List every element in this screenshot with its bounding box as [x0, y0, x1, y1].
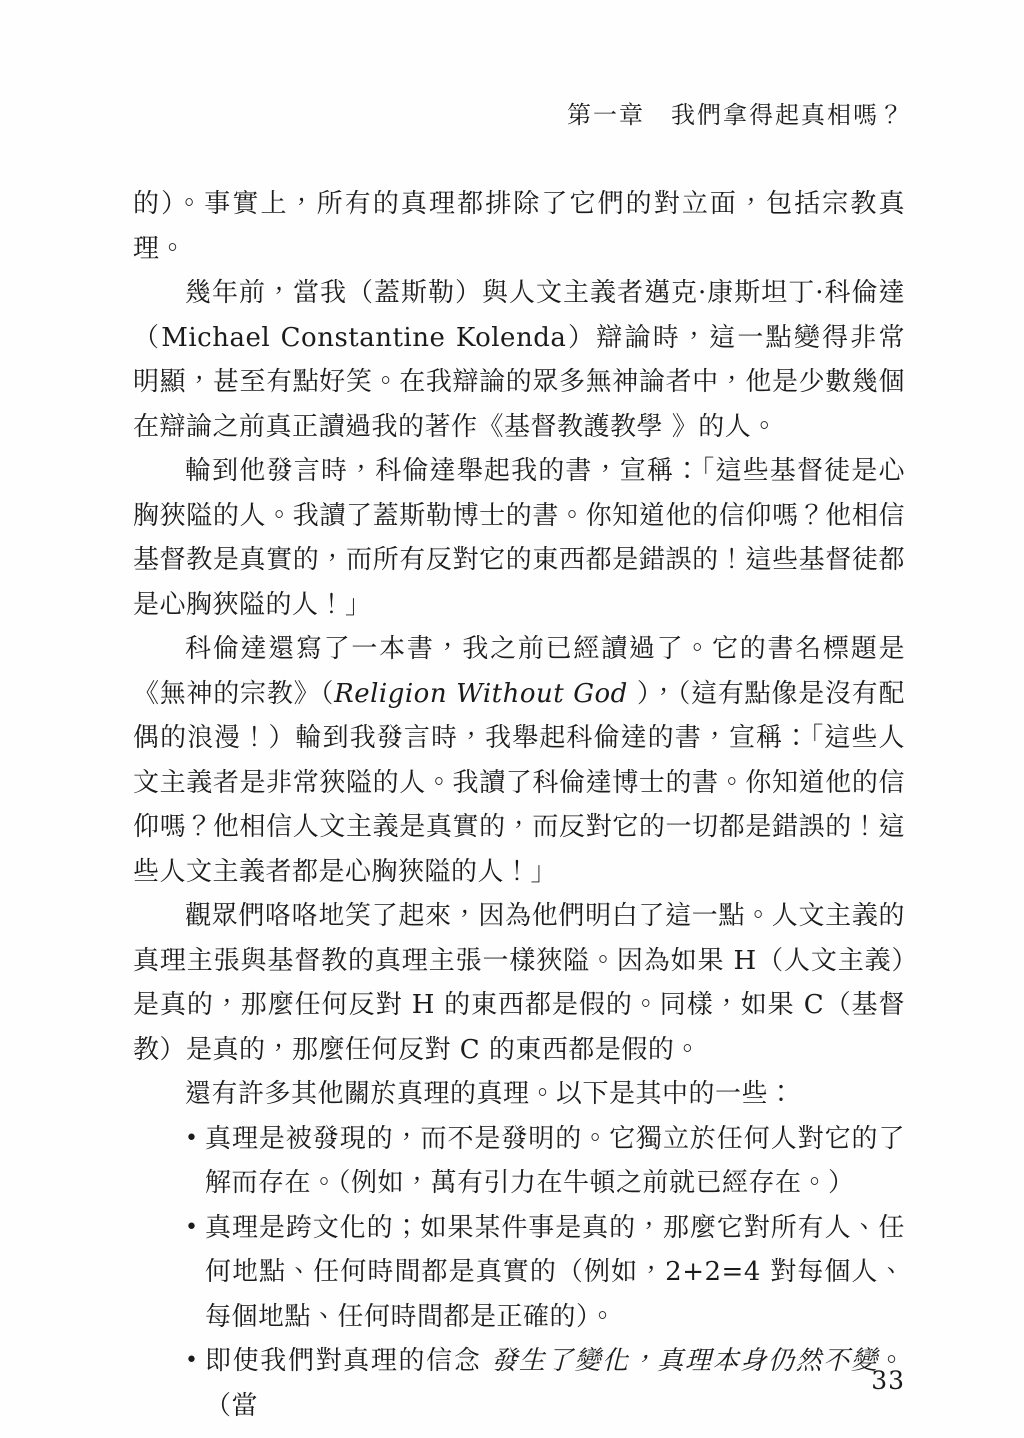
paragraph: 還有許多其他關於真理的真理。以下是其中的一些：	[133, 1072, 905, 1117]
bullet-text: 真理是被發現的，而不是發明的。它獨立於任何人對它的了解而存在。（例如，萬有引力在…	[205, 1124, 905, 1199]
paragraph-text: 幾年前，當我（蓋斯勒）與人文主義者邁克·康斯坦丁·科倫達（Michael Con…	[133, 278, 905, 442]
list-item: • 真理是跨文化的；如果某件事是真的，那麼它對所有人、任何地點、任何時間都是真實…	[133, 1206, 905, 1340]
paragraph-text: 還有許多其他關於真理的真理。以下是其中的一些：	[185, 1079, 795, 1109]
paragraph-text: 輪到他發言時，科倫達舉起我的書，宣稱：「這些基督徒是心胸狹隘的人。我讀了蓋斯勒博…	[133, 456, 905, 620]
paragraph: 科倫達還寫了一本書，我之前已經讀過了。它的書名標題是《無神的宗教》（Religi…	[133, 627, 905, 894]
book-title-latin-italic: Religion Without God	[334, 679, 628, 709]
page-body: 的）。事實上，所有的真理都排除了它們的對立面，包括宗教真理。 幾年前，當我（蓋斯…	[133, 182, 905, 1428]
bullet-icon: •	[185, 1117, 198, 1162]
bullet-text: 真理是跨文化的；如果某件事是真的，那麼它對所有人、任何地點、任何時間都是真實的（…	[205, 1213, 905, 1332]
bullet-icon: •	[185, 1206, 198, 1251]
paragraph: 觀眾們咯咯地笑了起來，因為他們明白了這一點。人文主義的真理主張與基督教的真理主張…	[133, 894, 905, 1072]
running-header: 第一章 我們拿得起真相嗎？	[133, 70, 905, 160]
page-footer: 33	[133, 1366, 905, 1395]
paragraph: 輪到他發言時，科倫達舉起我的書，宣稱：「這些基督徒是心胸狹隘的人。我讀了蓋斯勒博…	[133, 449, 905, 627]
list-item: • 真理是被發現的，而不是發明的。它獨立於任何人對它的了解而存在。（例如，萬有引…	[133, 1117, 905, 1206]
paragraph-continuation: 的）。事實上，所有的真理都排除了它們的對立面，包括宗教真理。	[133, 182, 905, 271]
paragraph-text: 的）。事實上，所有的真理都排除了它們的對立面，包括宗教真理。	[133, 189, 905, 264]
page-number: 33	[871, 1366, 905, 1395]
paragraph-text: ），（這有點像是沒有配偶的浪漫！）輪到我發言時，我舉起科倫達的書，宣稱：「這些人…	[133, 679, 905, 887]
paragraph-text: 觀眾們咯咯地笑了起來，因為他們明白了這一點。人文主義的真理主張與基督教的真理主張…	[133, 901, 905, 1065]
book-page: 第一章 我們拿得起真相嗎？ 的）。事實上，所有的真理都排除了它們的對立面，包括宗…	[0, 0, 1024, 1438]
paragraph: 幾年前，當我（蓋斯勒）與人文主義者邁克·康斯坦丁·科倫達（Michael Con…	[133, 271, 905, 449]
chapter-title: 第一章 我們拿得起真相嗎？	[567, 101, 905, 129]
